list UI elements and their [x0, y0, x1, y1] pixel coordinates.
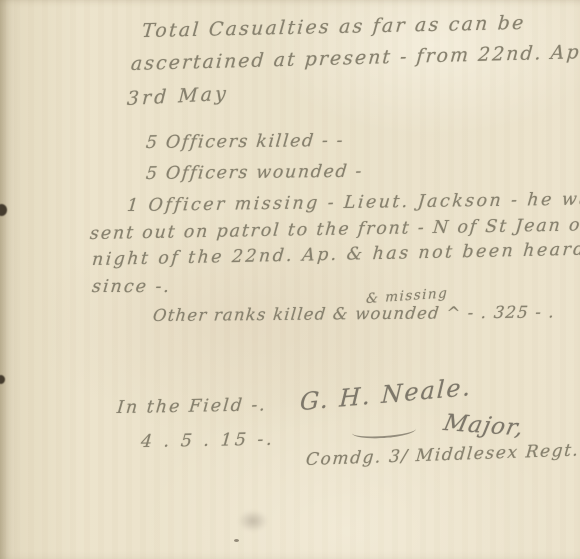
- edge-ink-mark-bottom: [0, 375, 5, 384]
- missing-officer-line-4: since -.: [91, 277, 172, 297]
- document-page: Total Casualties as far as can be ascert…: [0, 0, 580, 559]
- heading-line-2: ascertained at present - from 22nd. Apl.…: [130, 40, 580, 75]
- date-line: 4 . 5 . 15 -.: [140, 430, 276, 452]
- place-line: In the Field -.: [116, 395, 268, 418]
- missing-officer-line-1: 1 Officer missing - Lieut. Jackson - he …: [126, 189, 580, 216]
- missing-officer-line-2: sent out on patrol to the front - N of S…: [89, 214, 580, 244]
- paper-smudge: [238, 510, 268, 532]
- officers-wounded-line: 5 Officers wounded -: [145, 162, 364, 184]
- signature-unit: Comdg. 3/ Middlesex Regt.: [305, 440, 580, 470]
- signature-flourish: [352, 422, 417, 440]
- signature-rank: Major,: [441, 410, 526, 441]
- edge-ink-mark-top: [0, 204, 7, 216]
- paper-texture: [0, 0, 580, 559]
- other-ranks-total-line: Other ranks killed & wounded ^ - . 325 -…: [152, 302, 556, 325]
- heading-line-1: Total Casualties as far as can be: [141, 12, 526, 42]
- officers-killed-line: 5 Officers killed - -: [145, 131, 345, 153]
- missing-officer-line-3: night of the 22nd. Ap. & has not been he…: [91, 239, 580, 270]
- heading-line-3: 3rd May: [126, 83, 229, 110]
- paper-speck: [234, 539, 239, 542]
